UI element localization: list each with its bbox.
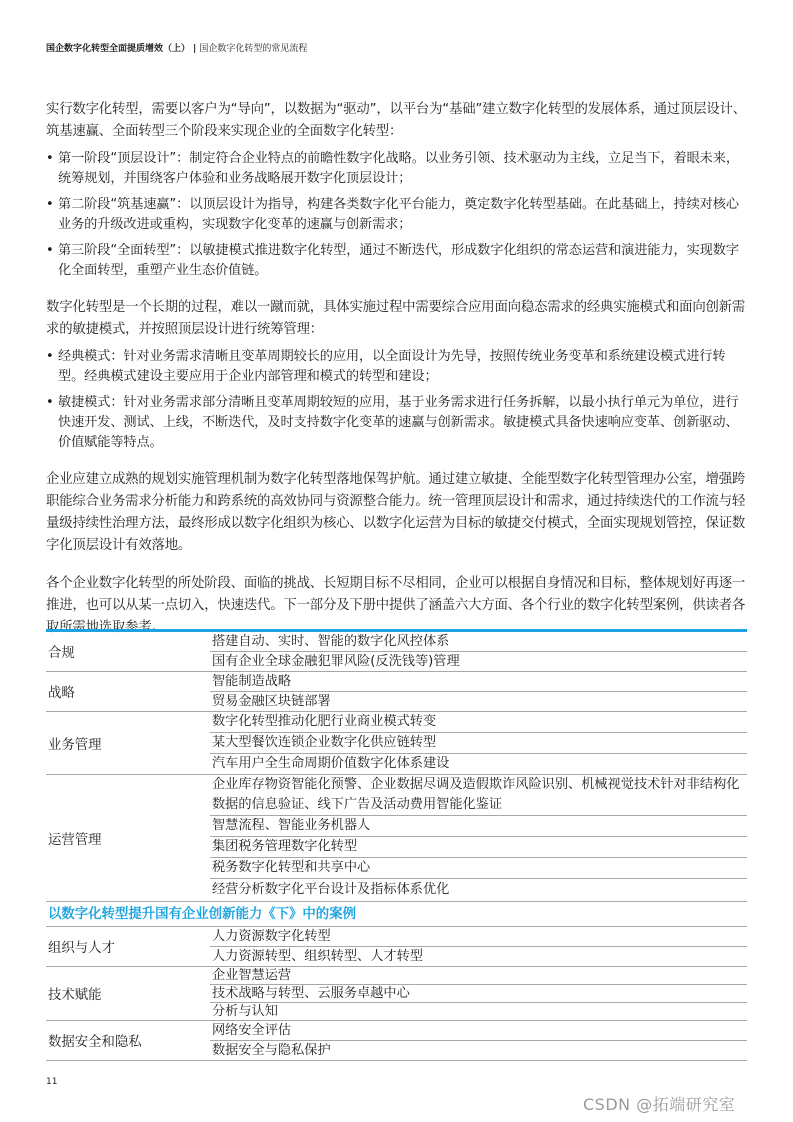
- group-name: 组织与人才: [46, 927, 210, 966]
- stage-item: 第三阶段“全面转型”：以敏捷模式推进数字化转型，通过不断迭代，形成数字化组织的常…: [46, 241, 746, 281]
- table-group: 业务管理 数字化转型推动化肥行业商业模式转变 某大型餐饮连锁企业数字化供应链转型…: [46, 712, 747, 775]
- stage-list: 第一阶段“顶层设计”：制定符合企业特点的前瞻性数字化战略。以业务引领、技术驱动为…: [46, 149, 746, 281]
- table-group: 技术赋能 企业智慧运营 技术战略与转型、云服务卓越中心 分析与认知: [46, 967, 747, 1021]
- table-group: 合规 搭建自动、实时、智能的数字化风控体系 国有企业全球金融犯罪风险(反洗钱等)…: [46, 632, 747, 672]
- stage-item: 第二阶段“筑基速赢”：以顶层设计为指导，构建各类数字化平台能力，奠定数字化转型基…: [46, 195, 746, 235]
- table-group: 战略 智能制造战略 贸易金融区块链部署: [46, 672, 747, 712]
- case-item: 人力资源数字化转型: [210, 927, 747, 947]
- header-separator: |: [193, 44, 196, 54]
- case-item: 搭建自动、实时、智能的数字化风控体系: [210, 632, 747, 652]
- case-item: 企业库存物资智能化预警、企业数据尽调及造假欺诈风险识别、机械视觉技术针对非结构化…: [210, 775, 747, 816]
- group-name: 合规: [46, 632, 210, 671]
- group-name: 技术赋能: [46, 967, 210, 1020]
- case-item: 某大型餐饮连锁企业数字化供应链转型: [210, 733, 747, 754]
- watermark: CSDN @拓端研究室: [583, 1092, 735, 1115]
- case-item: 数据安全与隐私保护: [210, 1041, 747, 1060]
- case-item: 数字化转型推动化肥行业商业模式转变: [210, 712, 747, 733]
- group-name: 业务管理: [46, 712, 210, 774]
- case-item: 人力资源转型、组织转型、人才转型: [210, 947, 747, 966]
- group-name: 运营管理: [46, 775, 210, 901]
- case-item: 技术战略与转型、云服务卓越中心: [210, 985, 747, 1003]
- table-group: 数据安全和隐私 网络安全评估 数据安全与隐私保护: [46, 1021, 747, 1061]
- body-content: 实行数字化转型，需要以客户为“导向”，以数据为“驱动”，以平台为“基础”建立数字…: [46, 99, 746, 639]
- table-section-title: 以数字化转型提升国有企业创新能力《下》中的案例: [46, 902, 747, 927]
- table-group: 运营管理 企业库存物资智能化预警、企业数据尽调及造假欺诈风险识别、机械视觉技术针…: [46, 775, 747, 902]
- mode-item: 经典模式：针对业务需求清晰且变革周期较长的应用，以全面设计为先导，按照传统业务变…: [46, 347, 746, 387]
- section-name: 国企数字化转型的常见流程: [199, 44, 307, 54]
- modes-paragraph: 数字化转型是一个长期的过程，难以一蹴而就，具体实施过程中需要综合应用面向稳态需求…: [46, 297, 746, 341]
- case-item: 分析与认知: [210, 1003, 747, 1020]
- table-group: 组织与人才 人力资源数字化转型 人力资源转型、组织转型、人才转型: [46, 927, 747, 967]
- case-item: 智慧流程、智能业务机器人: [210, 816, 747, 837]
- intro-paragraph: 实行数字化转型，需要以客户为“导向”，以数据为“驱动”，以平台为“基础”建立数字…: [46, 99, 746, 143]
- stage-item: 第一阶段“顶层设计”：制定符合企业特点的前瞻性数字化战略。以业务引领、技术驱动为…: [46, 149, 746, 189]
- running-header: 国企数字化转型全面提质增效（上）|国企数字化转型的常见流程: [46, 41, 307, 54]
- case-item: 集团税务管理数字化转型: [210, 837, 747, 858]
- case-item: 网络安全评估: [210, 1021, 747, 1041]
- group-name: 战略: [46, 672, 210, 711]
- case-item: 贸易金融区块链部署: [210, 692, 747, 711]
- case-item: 智能制造战略: [210, 672, 747, 692]
- management-paragraph: 企业应建立成熟的规划实施管理机制为数字化转型落地保驾护航。通过建立敏捷、全能型数…: [46, 469, 746, 557]
- page-number: 11: [46, 1077, 57, 1087]
- mode-list: 经典模式：针对业务需求清晰且变革周期较长的应用，以全面设计为先导，按照传统业务变…: [46, 347, 746, 453]
- case-item: 汽车用户全生命周期价值数字化体系建设: [210, 754, 747, 774]
- mode-item: 敏捷模式：针对业务需求部分清晰且变革周期较短的应用，基于业务需求进行任务拆解，以…: [46, 393, 746, 453]
- report-title: 国企数字化转型全面提质增效（上）: [46, 44, 190, 54]
- case-item: 企业智慧运营: [210, 967, 747, 985]
- case-item: 税务数字化转型和共享中心: [210, 858, 747, 879]
- case-item: 经营分析数字化平台设计及指标体系优化: [210, 879, 747, 901]
- case-table: 合规 搭建自动、实时、智能的数字化风控体系 国有企业全球金融犯罪风险(反洗钱等)…: [46, 629, 747, 1061]
- case-item: 国有企业全球金融犯罪风险(反洗钱等)管理: [210, 652, 747, 671]
- group-name: 数据安全和隐私: [46, 1021, 210, 1060]
